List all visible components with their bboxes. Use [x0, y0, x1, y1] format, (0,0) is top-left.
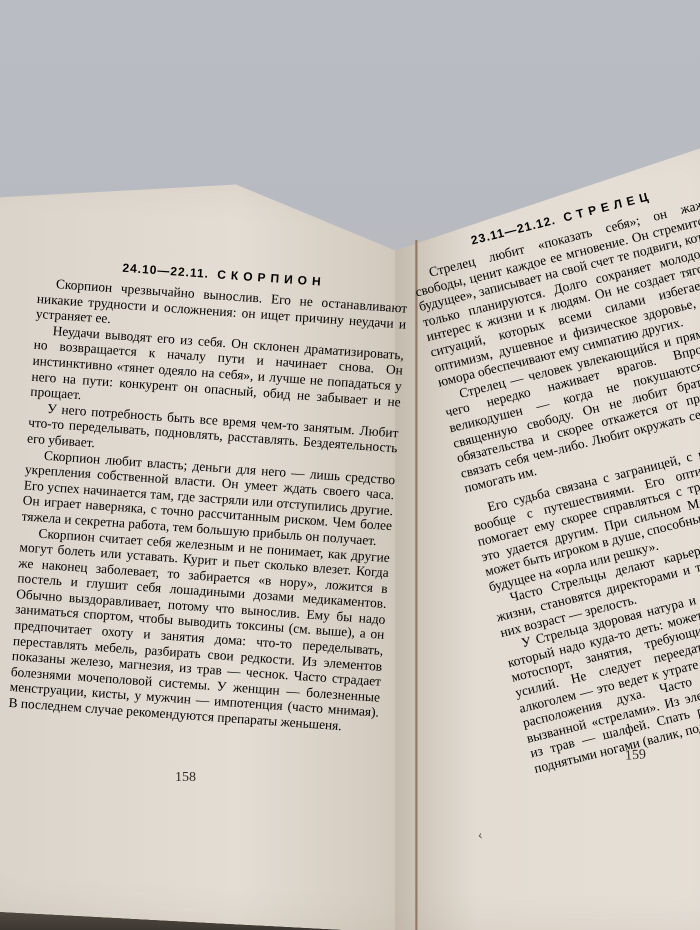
left-page-text: 24.10—22.11. СКОРПИОН Скорпион чрезвычай… [8, 255, 409, 736]
paragraph: Скорпион считает себя железным и не пони… [8, 524, 390, 736]
page-number-left: 158 [175, 770, 196, 786]
book-spine [415, 240, 418, 930]
open-book: 24.10—22.11. СКОРПИОН Скорпион чрезвычай… [0, 0, 700, 930]
page-number-right: 159 [624, 747, 646, 764]
